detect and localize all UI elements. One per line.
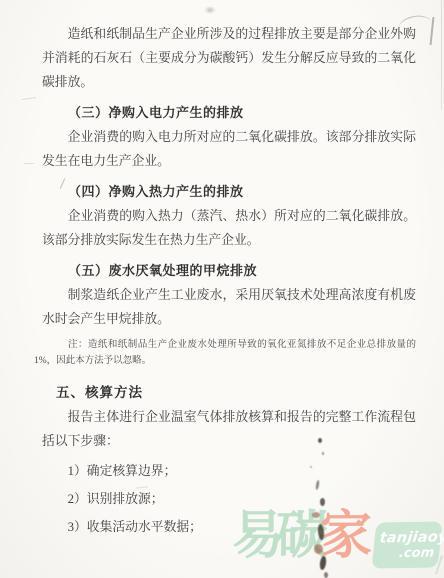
- watermark-url-badge: tanjiaoyi .com: [372, 521, 443, 568]
- ink-smudge-streak: [300, 436, 344, 578]
- paragraph-process-emissions: 造纸和纸制品生产企业所涉及的过程排放主要是部分企业外购并消耗的石灰石（主要成分为…: [42, 22, 416, 94]
- scan-dash-left-1: [22, 97, 36, 100]
- pen-mark-tail-icon: [430, 17, 434, 45]
- heading-net-purchased-electricity: （三）净购入电力产生的排放: [42, 101, 416, 125]
- scan-dash-left-2: [24, 163, 34, 164]
- paragraph-wastewater-emissions: 制浆造纸企业产生工业废水，采用厌氧技术处理高浓度有机废水时会产生甲烷排放。: [42, 283, 416, 331]
- scan-edge-line: [441, 0, 442, 110]
- watermark-url-line1: tanjiaoyi: [379, 529, 437, 546]
- heading-net-purchased-heat: （四）净购入热力产生的排放: [42, 180, 416, 204]
- watermark-char-yi: 易: [232, 506, 282, 566]
- section-title-accounting-method: 五、核算方法: [42, 381, 416, 405]
- paragraph-workflow-intro: 报告主体进行企业温室气体排放核算和报告的完整工作流程包括以下步骤：: [42, 405, 416, 453]
- watermark-url-line2: .com: [377, 545, 435, 561]
- footnote-n2o-exclusion: 注：造纸和纸制品生产企业废水处理所导致的氧化亚氮排放不足企业总排放量的1%，因此…: [34, 337, 416, 369]
- paragraph-heat-emissions: 企业消费的购入热力（蒸汽、热水）所对应的二氧化碳排放。该部分排放实际发生在热力生…: [42, 204, 416, 252]
- scanned-document-page: 造纸和纸制品生产企业所涉及的过程排放主要是部分企业外购并消耗的石灰石（主要成分为…: [0, 0, 444, 578]
- scan-speck-top: [204, 6, 216, 14]
- heading-wastewater-methane: （五）废水厌氧处理的甲烷排放: [42, 259, 416, 283]
- step-item-1: 1）确定核算边界；: [42, 459, 416, 483]
- document-text-block: 造纸和纸制品生产企业所涉及的过程排放主要是部分企业外购并消耗的石灰石（主要成分为…: [42, 22, 416, 543]
- paragraph-electricity-emissions: 企业消费的购入电力所对应的二氧化碳排放。该部分排放实际发生在电力生产企业。: [42, 125, 416, 173]
